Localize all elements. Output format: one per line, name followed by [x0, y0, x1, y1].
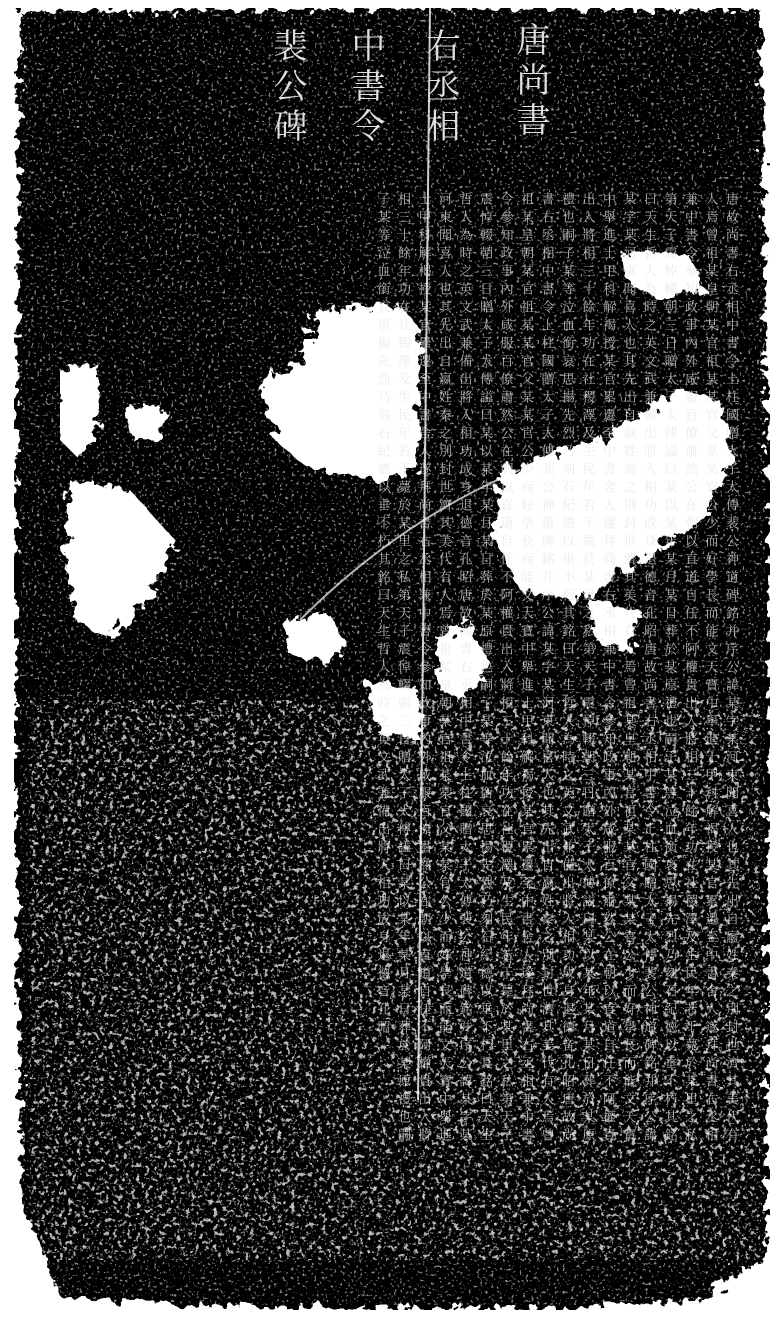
- title-column-4: 裴公碑: [262, 28, 312, 148]
- title-column-3: 中書令: [340, 28, 390, 148]
- inscription-body: 唐故尚書右丞相中書令上柱國贈太子太傅裴公神道碑銘并序公諱某字某河東聞喜人也其先出…: [95, 192, 740, 1152]
- title-column-2: 右丞相: [415, 28, 465, 148]
- title-column-1: 唐尚書: [505, 22, 555, 142]
